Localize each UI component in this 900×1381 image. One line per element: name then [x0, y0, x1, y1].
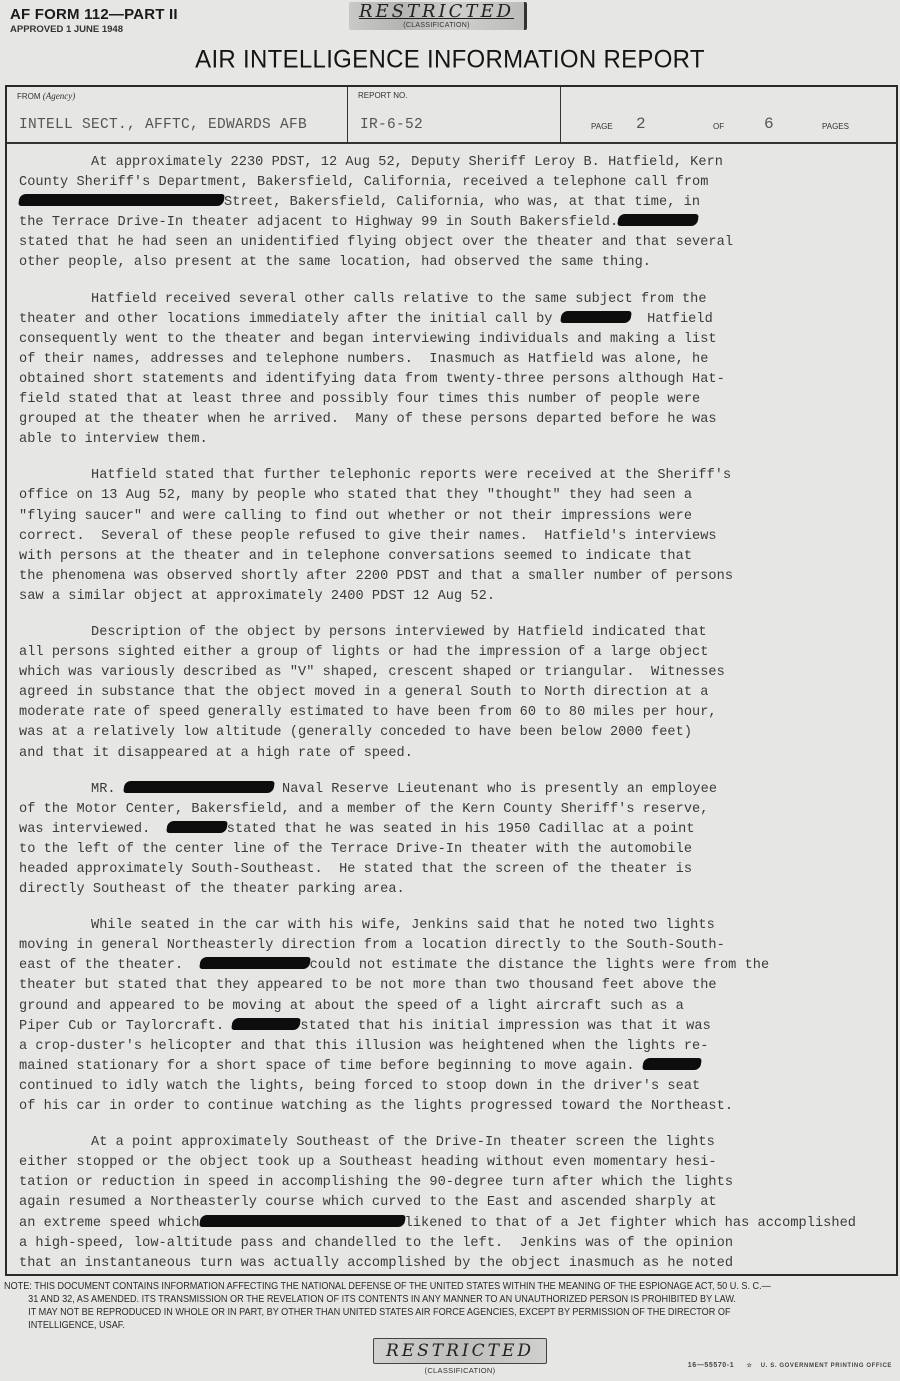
text-line: moderate rate of speed generally estimat… [19, 703, 889, 723]
text-line: Piper Cub or Taylorcraft. stated that hi… [19, 1017, 889, 1037]
text-line: directly Southeast of the theater parkin… [19, 880, 889, 900]
report-number-label: REPORT NO. [358, 91, 408, 100]
text-line: of the Motor Center, Bakersfield, and a … [19, 800, 889, 820]
text-line: "flying saucer" and were calling to find… [19, 507, 889, 527]
form-number: AF FORM 112—PART II [10, 6, 178, 23]
text-line: At a point approximately Southeast of th… [19, 1133, 889, 1153]
restricted-stamp-icon: RESTRICTED (CLASSIFICATION) [349, 2, 527, 30]
report-paragraph: While seated in the car with his wife, J… [19, 916, 889, 1117]
classification-label: (CLASSIFICATION) [359, 22, 514, 30]
redaction-bar [199, 957, 311, 969]
text-line: continued to idly watch the lights, bein… [19, 1077, 889, 1097]
text-line: of his car in order to continue watching… [19, 1097, 889, 1117]
text-line: headed approximately South-Southeast. He… [19, 860, 889, 880]
text-line: theater and other locations immediately … [19, 310, 889, 330]
text-line: obtained short statements and identifyin… [19, 370, 889, 390]
page-number: 2 [636, 115, 646, 133]
report-paragraph: Hatfield received several other calls re… [19, 290, 889, 451]
classification-label: (CLASSIFICATION) [370, 1367, 550, 1375]
total-pages: 6 [764, 115, 774, 133]
text-line: office on 13 Aug 52, many by people who … [19, 486, 889, 506]
text-line: was at a relatively low altitude (genera… [19, 723, 889, 743]
notice-line: INTELLIGENCE, USAF. [4, 1319, 897, 1332]
notice-line: NOTE: THIS DOCUMENT CONTAINS INFORMATION… [4, 1280, 897, 1293]
printing-office-line: 16—55570-1 ☆ U. S. GOVERNMENT PRINTING O… [688, 1362, 892, 1369]
text-line: Hatfield stated that further telephonic … [19, 466, 889, 486]
from-agency-cell: FROM (Agency) INTELL SECT., AFFTC, EDWAR… [7, 87, 348, 142]
redaction-bar [642, 1058, 702, 1070]
report-number-value: IR-6-52 [360, 117, 423, 133]
text-line: of their names, addresses and telephone … [19, 350, 889, 370]
report-paragraph: MR. Naval Reserve Lieutenant who is pres… [19, 780, 889, 901]
report-paragraph: At a point approximately Southeast of th… [19, 1133, 889, 1274]
classification-stamp-bottom: RESTRICTED (CLASSIFICATION) [370, 1338, 550, 1375]
notice-line: 31 AND 32, AS AMENDED. ITS TRANSMISSION … [4, 1293, 897, 1306]
text-line: either stopped or the object took up a S… [19, 1153, 889, 1173]
text-line: mained stationary for a short space of t… [19, 1057, 889, 1077]
redaction-bar [18, 194, 225, 206]
report-number-cell: REPORT NO. IR-6-52 [348, 87, 561, 142]
text-line: was interviewed. stated that he was seat… [19, 820, 889, 840]
text-line: field stated that at least three and pos… [19, 390, 889, 410]
restricted-stamp-icon: RESTRICTED [373, 1338, 547, 1364]
report-paragraph: Description of the object by persons int… [19, 623, 889, 764]
text-line: correct. Several of these people refused… [19, 527, 889, 547]
redaction-bar [199, 1215, 406, 1227]
text-line: a crop-duster's helicopter and that this… [19, 1037, 889, 1057]
text-line: At approximately 2230 PDST, 12 Aug 52, D… [19, 153, 889, 173]
text-line: all persons sighted either a group of li… [19, 643, 889, 663]
star-icon: ☆ [747, 1363, 753, 1369]
form-identifier: AF FORM 112—PART II APPROVED 1 JUNE 1948 [10, 6, 178, 35]
report-body: At approximately 2230 PDST, 12 Aug 52, D… [19, 153, 889, 1290]
text-line: able to interview them. [19, 430, 889, 450]
printing-office-name: U. S. GOVERNMENT PRINTING OFFICE [761, 1363, 892, 1369]
text-line: tation or reduction in speed in accompli… [19, 1173, 889, 1193]
text-line: Hatfield received several other calls re… [19, 290, 889, 310]
text-line: moving in general Northeasterly directio… [19, 936, 889, 956]
text-line: that an instantaneous turn was actually … [19, 1254, 889, 1274]
from-agency-value: INTELL SECT., AFFTC, EDWARDS AFB [19, 117, 307, 133]
text-line: which was variously described as "V" sha… [19, 663, 889, 683]
text-line: east of the theater. could not estimate … [19, 956, 889, 976]
espionage-act-notice: NOTE: THIS DOCUMENT CONTAINS INFORMATION… [4, 1280, 897, 1332]
text-line: agreed in substance that the object move… [19, 683, 889, 703]
redaction-bar [166, 821, 228, 833]
report-paragraph: At approximately 2230 PDST, 12 Aug 52, D… [19, 153, 889, 274]
report-paragraph: Hatfield stated that further telephonic … [19, 466, 889, 607]
text-line: County Sheriff's Department, Bakersfield… [19, 173, 889, 193]
text-line: ground and appeared to be moving at abou… [19, 997, 889, 1017]
text-line: grouped at the theater when he arrived. … [19, 410, 889, 430]
page-label: PAGE [591, 122, 613, 131]
report-header-row: FROM (Agency) INTELL SECT., AFFTC, EDWAR… [7, 87, 896, 144]
text-line: a high-speed, low-altitude pass and chan… [19, 1234, 889, 1254]
text-line: the phenomena was observed shortly after… [19, 567, 889, 587]
classification-word: RESTRICTED [359, 2, 514, 22]
classification-word: RESTRICTED [386, 1341, 534, 1361]
text-line: consequently went to the theater and beg… [19, 330, 889, 350]
form-print-code: 16—55570-1 [688, 1362, 734, 1369]
text-line: and that it disappeared at a high rate o… [19, 744, 889, 764]
text-line: saw a similar object at approximately 24… [19, 587, 889, 607]
text-line: Street, Bakersfield, California, who was… [19, 193, 889, 213]
report-title: AIR INTELLIGENCE INFORMATION REPORT [0, 45, 900, 74]
text-line: theater but stated that they appeared to… [19, 976, 889, 996]
text-line: Description of the object by persons int… [19, 623, 889, 643]
text-line: stated that he had seen an unidentified … [19, 233, 889, 253]
notice-line: IT MAY NOT BE REPRODUCED IN WHOLE OR IN … [4, 1306, 897, 1319]
text-line: While seated in the car with his wife, J… [19, 916, 889, 936]
of-label: OF [713, 122, 724, 131]
pages-label: PAGES [822, 122, 849, 131]
form-approval-date: APPROVED 1 JUNE 1948 [10, 24, 178, 35]
redaction-bar [560, 311, 632, 323]
page-count-cell: PAGE 2 OF 6 PAGES [561, 87, 896, 142]
text-line: MR. Naval Reserve Lieutenant who is pres… [19, 780, 889, 800]
text-line: again resumed a Northeasterly course whi… [19, 1193, 889, 1213]
redaction-bar [232, 1018, 302, 1030]
from-label: FROM (Agency) [17, 91, 75, 101]
text-line: to the left of the center line of the Te… [19, 840, 889, 860]
report-frame: FROM (Agency) INTELL SECT., AFFTC, EDWAR… [5, 85, 898, 1276]
classification-stamp-top: RESTRICTED (CLASSIFICATION) [338, 2, 538, 34]
text-line: an extreme speed whichlikened to that of… [19, 1214, 889, 1234]
redaction-bar [123, 781, 275, 793]
text-line: the Terrace Drive-In theater adjacent to… [19, 213, 889, 233]
text-line: other people, also present at the same l… [19, 253, 889, 273]
redaction-bar [617, 214, 699, 226]
text-line: with persons at the theater and in telep… [19, 547, 889, 567]
